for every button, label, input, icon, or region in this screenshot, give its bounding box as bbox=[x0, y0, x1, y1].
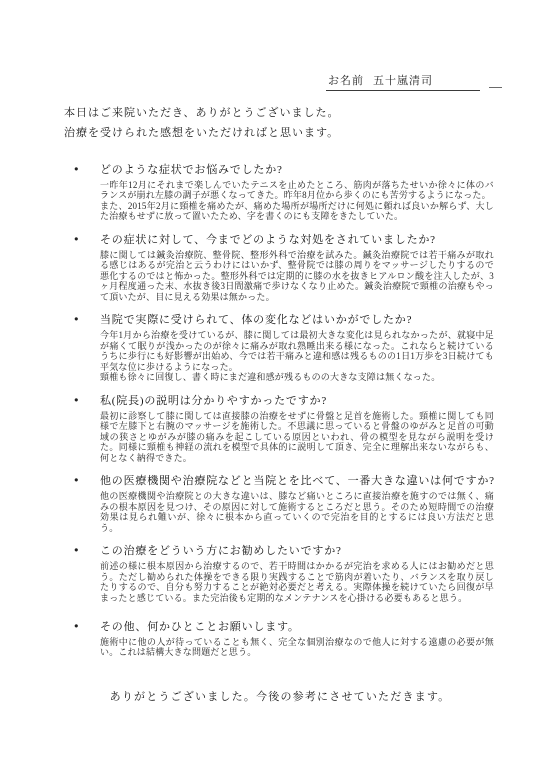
qa-sections: ● どのような症状でお悩みでしたか? 一昨年12月にそれまで楽しんでいたテニスを… bbox=[74, 161, 496, 658]
answer-paragraph: 前述の様に根本原因から治療するので、若干時間はかかるが完治を求める人にはお勧めだ… bbox=[100, 561, 494, 603]
bullet-icon: ● bbox=[74, 472, 100, 487]
answer-text: 一昨年12月にそれまで楽しんでいたテニスを止めたところ、筋肉が落ちたせいか徐々に… bbox=[100, 180, 494, 222]
answer-paragraph: 他の医療機関や治療院との大きな違いは、膝など痛いところに直接治療を施すのでは無く… bbox=[100, 491, 494, 533]
intro-text: 本日はご来院いただき、ありがとうございました。 治療を受けられた感想をいただけれ… bbox=[64, 104, 496, 144]
name-field: お名前五十嵐清司 bbox=[326, 72, 480, 91]
question-text: 当院で実際に受けられて、体の変化などはいかがでしたか? bbox=[100, 311, 412, 327]
question-text: 他の医療機関や治療院などと当院とを比べて、一番大きな違いは何ですか? bbox=[100, 472, 495, 488]
document-body: 本日はご来院いただき、ありがとうございました。 治療を受けられた感想をいただけれ… bbox=[0, 104, 540, 704]
answer-text: 膝に関しては鍼灸治療院、整骨院、整形外科で治療を試みた。鍼灸治療院では若干痛みが… bbox=[100, 250, 494, 303]
answer-text: 前述の様に根本原因から治療するので、若干時間はかかるが完治を求める人にはお勧めだ… bbox=[100, 561, 494, 603]
qa-section-explanation: ● 私(院長)の説明は分かりやすかったですか? 最初に診察して膝に関しては直接膝… bbox=[74, 392, 496, 464]
bullet-icon: ● bbox=[74, 542, 100, 557]
qa-section-other-comment: ● その他、何かひとことお願いします。 施術中に他の人が待っていることも無く、完… bbox=[74, 618, 496, 658]
name-value: 五十嵐清司 bbox=[373, 75, 433, 87]
closing-note: ありがとうございました。今後の参考にさせていただきます。 bbox=[64, 688, 496, 704]
underline-tail-mark bbox=[489, 87, 502, 88]
bullet-icon: ● bbox=[74, 618, 100, 633]
qa-section-symptoms: ● どのような症状でお悩みでしたか? 一昨年12月にそれまで楽しんでいたテニスを… bbox=[74, 161, 496, 222]
question-row: ● その症状に対して、今までどのような対処をされていましたか? bbox=[74, 231, 496, 247]
question-text: その症状に対して、今までどのような対処をされていましたか? bbox=[100, 231, 436, 247]
answer-text: 施術中に他の人が待っていることも無く、完全な個別治療なので他人に対する遠慮の必要… bbox=[100, 637, 494, 658]
answer-text: 最初に診察して膝に関しては直接膝の治療をせずに骨盤と足首を施術した。頸椎に関して… bbox=[100, 411, 494, 464]
answer-text: 今年1月から治療を受けているが、膝に関しては最初大きな変化は見られなかったが、就… bbox=[100, 330, 494, 383]
qa-section-recommendation: ● この治療をどういう方にお勧めしたいですか? 前述の様に根本原因から治療するの… bbox=[74, 542, 496, 603]
answer-paragraph: 膝に関しては鍼灸治療院、整骨院、整形外科で治療を試みた。鍼灸治療院では若干痛みが… bbox=[100, 250, 494, 303]
question-row: ● 当院で実際に受けられて、体の変化などはいかがでしたか? bbox=[74, 311, 496, 327]
bullet-icon: ● bbox=[74, 161, 100, 176]
answer-paragraph: 頸椎も徐々に回復し、書く時にまだ違和感が残るものの大きな支障は無くなった。 bbox=[100, 372, 494, 383]
question-row: ● 私(院長)の説明は分かりやすかったですか? bbox=[74, 392, 496, 408]
question-text: この治療をどういう方にお勧めしたいですか? bbox=[100, 542, 342, 558]
answer-paragraph: 施術中に他の人が待っていることも無く、完全な個別治療なので他人に対する遠慮の必要… bbox=[100, 637, 494, 658]
question-row: ● どのような症状でお悩みでしたか? bbox=[74, 161, 496, 177]
question-text: 私(院長)の説明は分かりやすかったですか? bbox=[100, 392, 327, 408]
intro-line-1: 本日はご来院いただき、ありがとうございました。 bbox=[64, 104, 496, 124]
answer-paragraph: 最初に診察して膝に関しては直接膝の治療をせずに骨盤と足首を施術した。頸椎に関して… bbox=[100, 411, 494, 464]
answer-text: 他の医療機関や治療院との大きな違いは、膝など痛いところに直接治療を施すのでは無く… bbox=[100, 491, 494, 533]
intro-line-2: 治療を受けられた感想をいただければと思います。 bbox=[64, 124, 496, 144]
qa-section-previous-treatment: ● その症状に対して、今までどのような対処をされていましたか? 膝に関しては鍼灸… bbox=[74, 231, 496, 303]
question-row: ● その他、何かひとことお願いします。 bbox=[74, 618, 496, 634]
answer-paragraph: 今年1月から治療を受けているが、膝に関しては最初大きな変化は見られなかったが、就… bbox=[100, 330, 494, 372]
bullet-icon: ● bbox=[74, 311, 100, 326]
scanned-questionnaire-page: お名前五十嵐清司 本日はご来院いただき、ありがとうございました。 治療を受けられ… bbox=[0, 0, 540, 763]
bullet-icon: ● bbox=[74, 392, 100, 407]
answer-paragraph: 一昨年12月にそれまで楽しんでいたテニスを止めたところ、筋肉が落ちたせいか徐々に… bbox=[100, 180, 494, 201]
question-row: ● 他の医療機関や治療院などと当院とを比べて、一番大きな違いは何ですか? bbox=[74, 472, 496, 488]
question-text: その他、何かひとことお願いします。 bbox=[100, 618, 300, 634]
qa-section-changes: ● 当院で実際に受けられて、体の変化などはいかがでしたか? 今年1月から治療を受… bbox=[74, 311, 496, 383]
bullet-icon: ● bbox=[74, 231, 100, 246]
qa-section-difference: ● 他の医療機関や治療院などと当院とを比べて、一番大きな違いは何ですか? 他の医… bbox=[74, 472, 496, 533]
name-label: お名前 bbox=[328, 75, 364, 87]
answer-paragraph: また、2015年2月に頸椎を痛めたが、痛めた場所が場所だけに何処に頼れば良いか解… bbox=[100, 201, 494, 222]
question-text: どのような症状でお悩みでしたか? bbox=[100, 161, 283, 177]
question-row: ● この治療をどういう方にお勧めしたいですか? bbox=[74, 542, 496, 558]
